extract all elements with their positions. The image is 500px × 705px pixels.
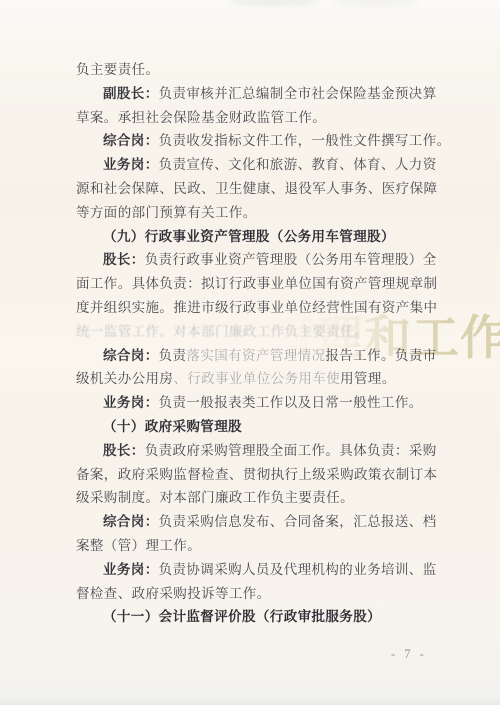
text-segment: 草案。承担社会保险基金财政监管工作。 xyxy=(76,110,326,125)
text-segment: 用管理。 xyxy=(340,371,396,386)
text-segment: 等方面的部门预算有关工作。 xyxy=(76,205,257,220)
text-segment: 负责采购信息发布、合同备案，汇总报送、档 xyxy=(159,514,437,529)
text-segment: 级采购制度。对本部门廉政工作负主要责任。 xyxy=(76,490,354,505)
text-line: 业务岗：负责宣传、文化和旅游、教育、体育、人力资 xyxy=(76,153,456,177)
text-segment: 级机关办公用房 xyxy=(76,371,173,386)
text-segment: 负责收发指标文件工作，一般性文件撰写工作。 xyxy=(159,133,451,148)
page-number: - 7 - xyxy=(391,647,427,662)
text-line: 股长：负责行政事业资产管理股（公务用车管理股）全 xyxy=(76,248,456,272)
text-segment: 副股长： xyxy=(103,86,159,101)
text-line: 草案。承担社会保险基金财政监管工作。 xyxy=(76,106,456,130)
text-segment: 督检查、政府采购投诉等工作。 xyxy=(76,586,271,601)
text-segment: 业务岗： xyxy=(103,395,159,410)
text-line: 综合岗：负责收发指标文件工作，一般性文件撰写工作。 xyxy=(76,129,456,153)
text-segment: 股长： xyxy=(103,443,145,458)
text-segment: 综合岗： xyxy=(103,133,159,148)
text-line: 级采购制度。对本部门廉政工作负主要责任。 xyxy=(76,486,456,510)
document-text: 负主要责任。副股长：负责审核并汇总编制全市社会保险基金预决算草案。承担社会保险基… xyxy=(76,58,456,629)
text-segment: 负主要责任。 xyxy=(76,62,159,77)
text-line: 股长：负责政府采购管理股全面工作。具体负责：采购 xyxy=(76,439,456,463)
text-segment: 面工作。具体负责：拟订行政事业单位国有资产管理规章制 xyxy=(76,276,437,291)
text-segment: 股长： xyxy=(103,252,145,267)
text-segment: 、行政事业单位公务用车使 xyxy=(173,371,340,386)
text-segment: 负责协调采购人员及代理机构的业务培训、监 xyxy=(159,562,437,577)
text-segment: 综合岗： xyxy=(103,514,159,529)
text-line: 等方面的部门预算有关工作。 xyxy=(76,201,456,225)
text-line: 源和社会保障、民政、卫生健康、退役军人事务、医疗保障 xyxy=(76,177,456,201)
text-line: 面工作。具体负责：拟订行政事业单位国有资产管理规章制 xyxy=(76,272,456,296)
text-line: 业务岗：负责协调采购人员及代理机构的业务培训、监 xyxy=(76,558,456,582)
section-heading: （十一）会计监督评价股（行政审批服务股） xyxy=(76,605,456,629)
text-segment: （九）行政事业资产管理股（公务用车管理股） xyxy=(103,229,395,244)
text-segment: 负责一般报表类工作以及日常一般性工作。 xyxy=(159,395,423,410)
text-segment: 负责 xyxy=(159,348,187,363)
page-bottom-edge xyxy=(0,696,500,705)
section-heading: （九）行政事业资产管理股（公务用车管理股） xyxy=(76,225,456,249)
text-line: 度并组织实施。推进市级行政事业单位经营性国有资产集中 xyxy=(76,296,456,320)
text-segment: 报告工作。负责市 xyxy=(325,348,436,363)
text-segment: 案整（管）理工作。 xyxy=(76,538,201,553)
text-line: 统一监管工作。对本部门廉政工作负主要责任。 xyxy=(76,320,456,344)
text-line: 督检查、政府采购投诉等工作。 xyxy=(76,582,456,606)
text-segment: 业务岗： xyxy=(103,157,159,172)
text-segment: 综合岗： xyxy=(103,348,159,363)
text-segment: （十一）会计监督评价股（行政审批服务股） xyxy=(103,609,381,624)
text-line: 案整（管）理工作。 xyxy=(76,534,456,558)
scan-artifact xyxy=(332,0,418,6)
text-segment: 负责行政事业资产管理股（公务用车管理股）全 xyxy=(145,252,437,267)
text-line: 综合岗：负责采购信息发布、合同备案，汇总报送、档 xyxy=(76,510,456,534)
text-segment: 负责宣传、文化和旅游、教育、体育、人力资 xyxy=(159,157,437,172)
document-page: 管理和工作 负主要责任。副股长：负责审核并汇总编制全市社会保险基金预决算草案。承… xyxy=(0,0,500,705)
text-line: 级机关办公用房、行政事业单位公务用车使用管理。 xyxy=(76,367,456,391)
text-segment: 度并组织实施。推进市级行政事业单位经营性国有资产集中 xyxy=(76,300,437,315)
text-segment: 负责政府采购管理股全面工作。具体负责：采购 xyxy=(145,443,437,458)
text-segment: 落实国有资产管理情况 xyxy=(186,348,325,363)
text-line: 备案，政府采购监督检查、贯彻执行上级采购政策衣制订本 xyxy=(76,463,456,487)
text-line: 负主要责任。 xyxy=(76,58,456,82)
text-segment: 负责审核并汇总编制全市社会保险基金预决算 xyxy=(159,86,437,101)
text-segment: 统一监管工作。对本部门廉政工作负主要责任。 xyxy=(76,324,368,339)
scan-artifact xyxy=(228,0,318,6)
section-heading: （十）政府采购管理股 xyxy=(76,415,456,439)
text-line: 业务岗：负责一般报表类工作以及日常一般性工作。 xyxy=(76,391,456,415)
text-segment: 业务岗： xyxy=(103,562,159,577)
text-segment: （十）政府采购管理股 xyxy=(103,419,242,434)
text-segment: 备案，政府采购监督检查、贯彻执行上级采购政策衣制订本 xyxy=(76,467,437,482)
text-line: 综合岗：负责落实国有资产管理情况报告工作。负责市 xyxy=(76,344,456,368)
text-line: 副股长：负责审核并汇总编制全市社会保险基金预决算 xyxy=(76,82,456,106)
text-segment: 源和社会保障、民政、卫生健康、退役军人事务、医疗保障 xyxy=(76,181,437,196)
